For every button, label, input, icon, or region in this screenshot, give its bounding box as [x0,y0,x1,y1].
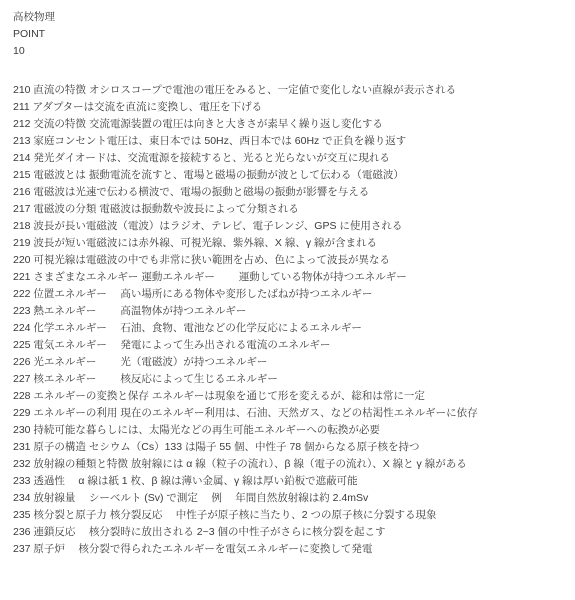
point-line: 216 電磁波は光速で伝わる横波で、電場の振動と磁場の振動が影響を与える [13,184,563,201]
point-line: 236 連鎖反応 核分裂時に放出される 2~3 個の中性子がさらに核分裂を起こす [13,524,563,541]
point-line: 234 放射線量 シーベルト (Sv) で測定 例 年間自然放射線は約 2.4m… [13,490,563,507]
point-line: 220 可視光線は電磁波の中でも非常に狭い範囲を占め、色によって波長が異なる [13,252,563,269]
point-number: 10 [13,43,563,60]
document-page: 高校物理 POINT 10 210 直流の特徴 オシロスコープで電池の電圧をみる… [0,0,575,600]
point-line: 237 原子炉 核分裂で得られたエネルギーを電気エネルギーに変換して発電 [13,541,563,558]
point-line: 230 持続可能な暮らしには、太陽光などの再生可能エネルギーへの転換が必要 [13,422,563,439]
point-line: 211 アダプターは交流を直流に変換し、電圧を下げる [13,99,563,116]
point-line: 225 電気エネルギー 発電によって生み出される電流のエネルギー [13,337,563,354]
point-line: 222 位置エネルギー 高い場所にある物体や変形したばねが持つエネルギー [13,286,563,303]
point-line: 214 発光ダイオードは、交流電源を接続すると、光ると光らないが交互に現れる [13,150,563,167]
document-header: 高校物理 POINT 10 [13,9,563,60]
point-line: 215 電磁波とは 振動電流を流すと、電場と磁場の振動が波として伝わる（電磁波） [13,167,563,184]
points-list: 210 直流の特徴 オシロスコープで電池の電圧をみると、一定値で変化しない直線が… [13,82,563,558]
point-line: 221 さまざまなエネルギー 運動エネルギー 運動している物体が持つエネルギー [13,269,563,286]
point-line: 218 波長が長い電磁波（電波）はラジオ、テレビ、電子レンジ、GPS に使用され… [13,218,563,235]
point-line: 228 エネルギーの変換と保存 エネルギーは現象を通じて形を変えるが、総和は常に… [13,388,563,405]
point-line: 235 核分裂と原子力 核分裂反応 中性子が原子核に当たり、2 つの原子核に分裂… [13,507,563,524]
point-line: 210 直流の特徴 オシロスコープで電池の電圧をみると、一定値で変化しない直線が… [13,82,563,99]
point-line: 226 光エネルギー 光（電磁波）が持つエネルギー [13,354,563,371]
point-line: 213 家庭コンセント電圧は、東日本では 50Hz、西日本では 60Hz で正負… [13,133,563,150]
point-line: 223 熱エネルギー 高温物体が持つエネルギー [13,303,563,320]
point-line: 224 化学エネルギー 石油、食物、電池などの化学反応によるエネルギー [13,320,563,337]
point-line: 212 交流の特徴 交流電源装置の電圧は向きと大きさが素早く繰り返し変化する [13,116,563,133]
point-line: 232 放射線の種類と特徴 放射線には α 線（粒子の流れ）、β 線（電子の流れ… [13,456,563,473]
point-line: 233 透過性 α 線は紙 1 枚、β 線は薄い金属、γ 線は厚い鉛板で遮蔽可能 [13,473,563,490]
point-line: 229 エネルギーの利用 現在のエネルギー利用は、石油、天然ガス、などの枯渇性エ… [13,405,563,422]
subject-title: 高校物理 [13,9,563,26]
point-line: 219 波長が短い電磁波には赤外線、可視光線、紫外線、X 線、γ 線が含まれる [13,235,563,252]
point-line: 227 核エネルギー 核反応によって生じるエネルギー [13,371,563,388]
point-label: POINT [13,26,563,43]
point-line: 217 電磁波の分類 電磁波は振動数や波長によって分類される [13,201,563,218]
point-line: 231 原子の構造 セシウム（Cs）133 は陽子 55 個、中性子 78 個か… [13,439,563,456]
